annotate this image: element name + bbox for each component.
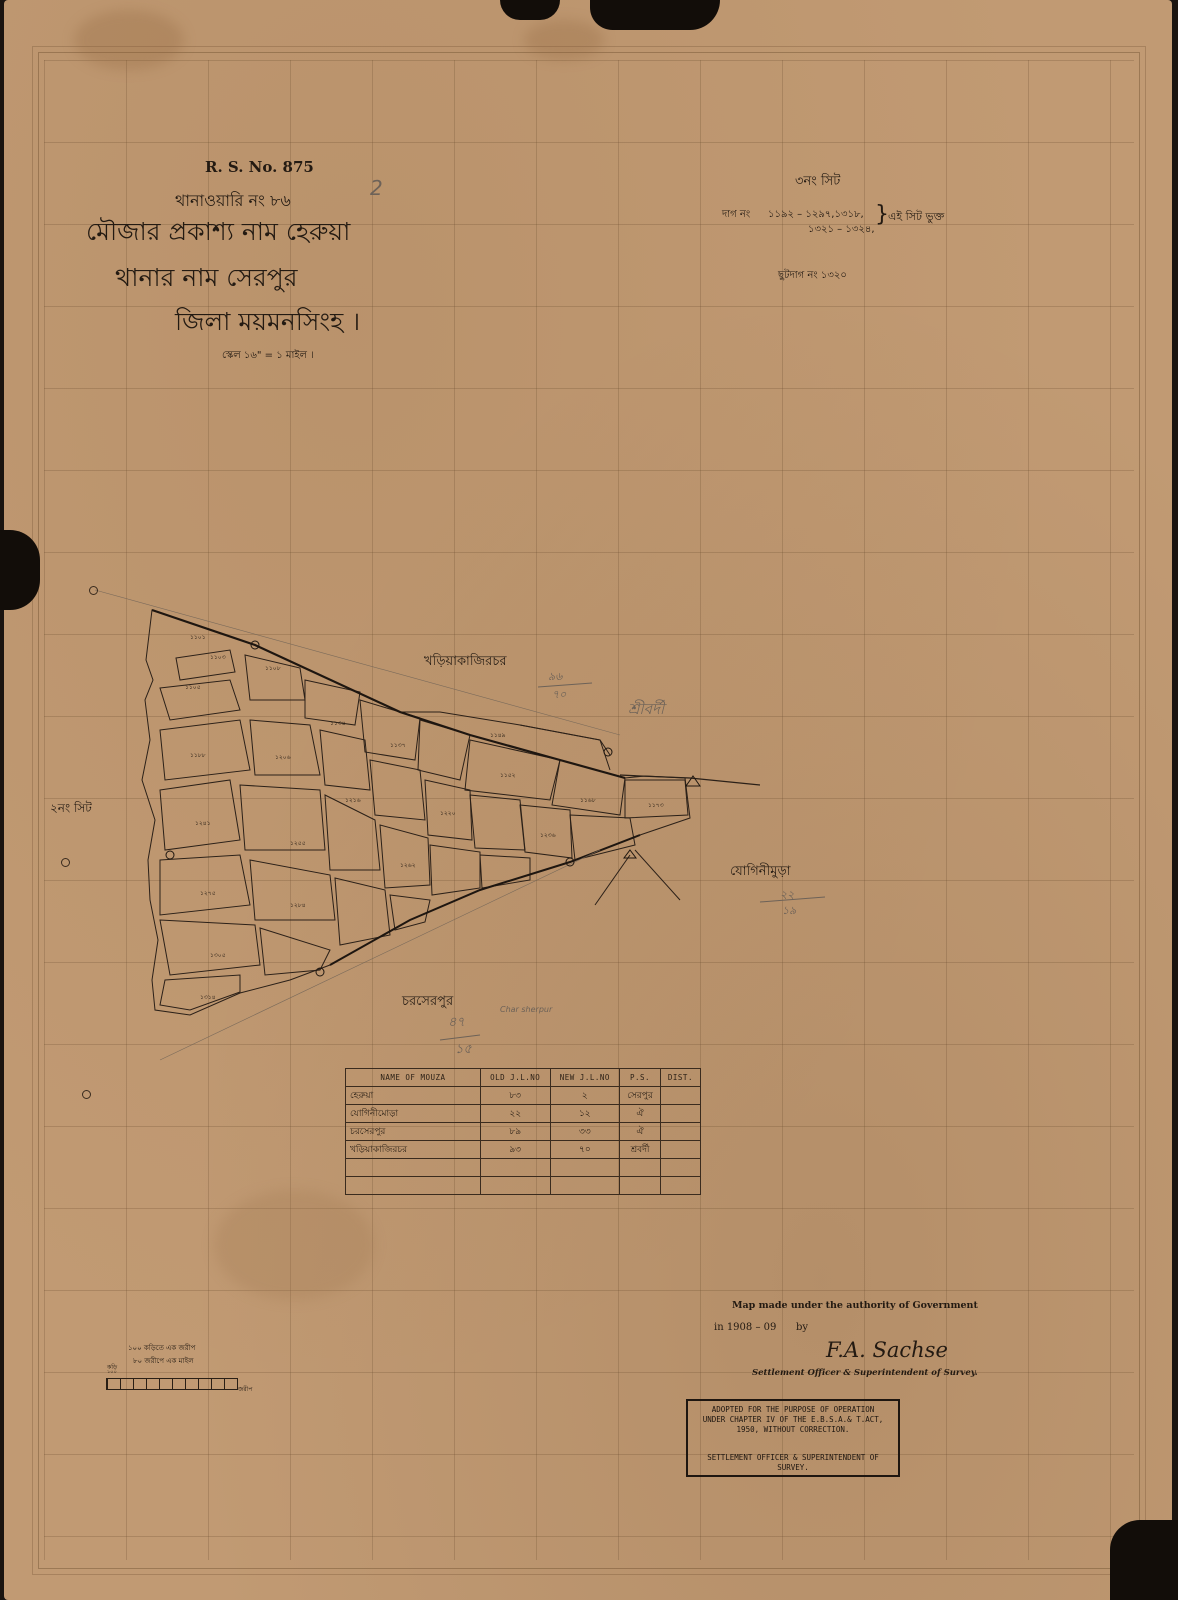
new-jl-cell: ৩৩: [550, 1123, 620, 1141]
signature: F.A. Sachse: [826, 1338, 948, 1362]
plot-number: ১২৬২: [400, 860, 416, 871]
old-jl-cell: ২২: [480, 1105, 550, 1123]
mouza-name-cell: [346, 1159, 481, 1177]
stamp-line: SETTLEMENT OFFICER & SUPERINTENDENT OF: [688, 1453, 898, 1463]
plot-number: ১২১৬: [345, 795, 361, 806]
plot-number: ১১৭৩: [648, 800, 664, 811]
column-header: NAME OF MOUZA: [346, 1069, 481, 1087]
scale-unit-sub: ১০০: [107, 1369, 117, 1377]
officer-title: Settlement Officer & Superintendent of S…: [752, 1368, 978, 1378]
adjacent-sheet-west: ২নং সিট: [50, 800, 92, 820]
ps-cell: শ্রবর্দী: [620, 1141, 661, 1159]
plot-number: ১২৭৫: [200, 888, 216, 899]
column-header: P.S.: [620, 1069, 661, 1087]
fraction-top: ৪৭: [448, 1013, 465, 1034]
control-point: [89, 586, 98, 595]
plot-number: ১১৩৭: [390, 740, 406, 751]
table-row: [346, 1177, 701, 1195]
dist-cell: [660, 1141, 700, 1159]
mouza-name-cell: যোগিনীমোড়া: [346, 1105, 481, 1123]
column-header: OLD J.L.NO: [480, 1069, 550, 1087]
plot-number: ১২২০: [440, 808, 456, 819]
ps-cell: ঐ: [620, 1105, 661, 1123]
new-jl-cell: [550, 1159, 620, 1177]
adoption-stamp: ADOPTED FOR THE PURPOSE OF OPERATION UND…: [686, 1399, 900, 1477]
table-row: [346, 1159, 701, 1177]
fraction-bottom: ৭০: [552, 686, 566, 705]
plot-number: ১২৮৪: [290, 900, 306, 911]
plot-number: ১১৩৪: [330, 718, 346, 729]
ps-cell: সেরপুর: [620, 1087, 661, 1105]
stamp-line: 1950, WITHOUT CORRECTION.: [688, 1425, 898, 1435]
mouza-table: NAME OF MOUZA OLD J.L.NO NEW J.L.NO P.S.…: [345, 1068, 701, 1195]
plot-number: ১২০৬: [275, 752, 291, 763]
ps-cell: [620, 1159, 661, 1177]
fraction-bottom: ১৫: [455, 1040, 472, 1061]
mouza-name-cell: হেরুয়া: [346, 1087, 481, 1105]
plot-number: ১১০৫: [185, 682, 201, 693]
plot-number: ১২৫৫: [290, 838, 306, 849]
plot-number: ১১৪৯: [490, 730, 506, 741]
scale-line-1: ১০০ কড়িতে এক জরীপ: [128, 1342, 195, 1354]
table-row: যোগিনীমোড়া ২২ ১২ ঐ: [346, 1105, 701, 1123]
by-label: by: [796, 1322, 808, 1333]
dist-cell: [660, 1159, 700, 1177]
control-point: [82, 1090, 91, 1099]
survey-year: in 1908 – 09: [714, 1322, 776, 1333]
table-row: খড়িয়াকাজিরচর ৯৩ ৭০ শ্রবর্দী: [346, 1141, 701, 1159]
new-jl-cell: ৭০: [550, 1141, 620, 1159]
new-jl-cell: ১২: [550, 1105, 620, 1123]
pencil-note-south: Char sherpur: [500, 1005, 552, 1014]
scale-bar: [106, 1378, 238, 1390]
scale-end-label: জরীপ: [238, 1384, 252, 1395]
old-jl-cell: ৯৩: [480, 1141, 550, 1159]
plot-number: ১১৮৮: [190, 750, 206, 761]
neighbour-north: খড়িয়াকাজিরচর: [424, 652, 507, 673]
plot-number: ১২৩৬: [540, 830, 556, 841]
stamp-line: ADOPTED FOR THE PURPOSE OF OPERATION: [688, 1405, 898, 1415]
dist-cell: [660, 1123, 700, 1141]
plot-number: ১৩১৪: [200, 992, 216, 1003]
pencil-note-north: শ্রীবর্দী: [628, 698, 664, 723]
plot-number: ১৩০৫: [210, 950, 226, 961]
neighbour-south: চরসেরপুর: [402, 992, 453, 1013]
plot-number: ১১০৩: [210, 652, 226, 663]
plot-number: ১১৫২: [500, 770, 516, 781]
authority-line: Map made under the authority of Governme…: [732, 1300, 978, 1311]
dist-cell: [660, 1105, 700, 1123]
scale-line-2: ৮০ জরীপে এক মাইল: [133, 1355, 193, 1367]
column-header: DIST.: [660, 1069, 700, 1087]
fraction-bottom: ১৯: [782, 902, 796, 921]
fraction-top: ৯৬: [548, 668, 562, 687]
column-header: NEW J.L.NO: [550, 1069, 620, 1087]
neighbour-east: যোগিনীমুড়া: [730, 862, 791, 883]
plot-number: ১১০৮: [265, 663, 281, 674]
old-jl-cell: ৮৩: [480, 1087, 550, 1105]
mouza-name-cell: খড়িয়াকাজিরচর: [346, 1141, 481, 1159]
old-jl-cell: ৮৯: [480, 1123, 550, 1141]
ps-cell: ঐ: [620, 1123, 661, 1141]
plot-number: ১২৪১: [195, 818, 211, 829]
mouza-name-cell: চরসেরপুর: [346, 1123, 481, 1141]
old-jl-cell: [480, 1159, 550, 1177]
control-point: [61, 858, 70, 867]
new-jl-cell: ২: [550, 1087, 620, 1105]
dist-cell: [660, 1087, 700, 1105]
table-row: চরসেরপুর ৮৯ ৩৩ ঐ: [346, 1123, 701, 1141]
plot-number: ১১৬৮: [580, 795, 596, 806]
stamp-line: UNDER CHAPTER IV OF THE E.B.S.A.& T.ACT,: [688, 1415, 898, 1425]
stamp-line: SURVEY.: [688, 1463, 898, 1473]
table-row: হেরুয়া ৮৩ ২ সেরপুর: [346, 1087, 701, 1105]
table-header-row: NAME OF MOUZA OLD J.L.NO NEW J.L.NO P.S.…: [346, 1069, 701, 1087]
plot-number: ১১০১: [190, 632, 206, 643]
